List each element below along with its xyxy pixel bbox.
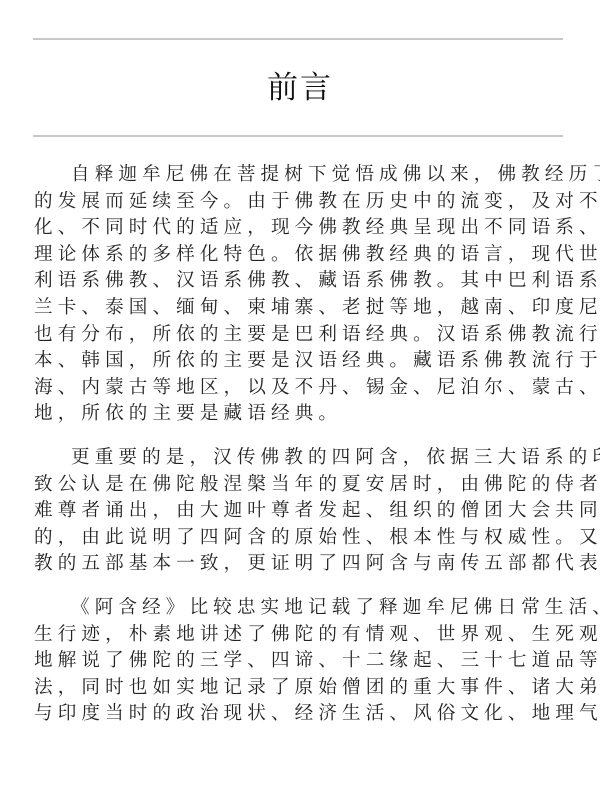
text-line: 生行迹，朴素地讲述了佛陀的有情观、世界观、生死观、解脱观，详细 (34, 622, 558, 649)
text-line: 更重要的是，汉传佛教的四阿含，依据三大语系的印度佛教史，一 (34, 445, 558, 472)
paragraph-3: 《阿含经》比较忠实地记载了释迦牟尼佛日常生活、应机说法及一 生行迹，朴素地讲述了… (34, 595, 558, 728)
text-line: 《阿含经》比较忠实地记载了释迦牟尼佛日常生活、应机说法及一 (34, 595, 558, 622)
text-line: 理论体系的多样化特色。依据佛教经典的语言，现代世界佛教可分为巴 (34, 242, 558, 269)
text-line: 致公认是在佛陀般涅槃当年的夏安居时，由佛陀的侍者、多闻第一的阿 (34, 472, 558, 499)
top-divider (33, 38, 563, 40)
text-line: 教的五部基本一致，更证明了四阿含与南传五部都代表着原始佛教。 (34, 551, 558, 578)
text-line: 地解说了佛陀的三学、四谛、十二缘起、三十七道品等修行原理与方 (34, 648, 558, 675)
text-line: 兰卡、泰国、缅甸、柬埔寨、老挝等地，越南、印度尼西亚、中国云南 (34, 295, 558, 322)
text-line: 化、不同时代的适应，现今佛教经典呈现出不同语系、不同宗派、不同 (34, 215, 558, 242)
text-line: 也有分布，所依的主要是巴利语经典。汉语系佛教流行于中国汉地、日 (34, 322, 558, 349)
text-line: 本、韩国，所依的主要是汉语经典。藏语系佛教流行于中国康藏、青 (34, 348, 558, 375)
paragraph-1: 自释迦牟尼佛在菩提树下觉悟成佛以来，佛教经历了两千五百多年 的发展而延续至今。由… (34, 162, 558, 428)
paragraph-2: 更重要的是，汉传佛教的四阿含，依据三大语系的印度佛教史，一 致公认是在佛陀般涅槃… (34, 445, 558, 578)
text-line: 的发展而延续至今。由于佛教在历史中的流变，及对不同地域、不同文 (34, 189, 558, 216)
text-line: 难尊者诵出，由大迦叶尊者发起、组织的僧团大会共同审定而结集出来 (34, 498, 558, 525)
text-line: 自释迦牟尼佛在菩提树下觉悟成佛以来，佛教经历了两千五百多年 (34, 162, 558, 189)
text-line: 地，所依的主要是藏语经典。 (34, 401, 558, 428)
text-line: 与印度当时的政治现状、经济生活、风俗文化、地理气候、各种宗教思 (34, 701, 558, 728)
text-line: 利语系佛教、汉语系佛教、藏语系佛教。其中巴利语系佛教流行于斯里 (34, 268, 558, 295)
bottom-divider (33, 135, 563, 137)
text-line: 法，同时也如实地记录了原始僧团的重大事件、诸大弟子的日常行迹， (34, 675, 558, 702)
page-title: 前言 (0, 66, 600, 110)
text-line: 海、内蒙古等地区，以及不丹、锡金、尼泊尔、蒙古、俄国西伯利亚等 (34, 375, 558, 402)
text-line: 的，由此说明了四阿含的原始性、根本性与权威性。又四阿含与南传佛 (34, 525, 558, 552)
document-body: 自释迦牟尼佛在菩提树下觉悟成佛以来，佛教经历了两千五百多年 的发展而延续至今。由… (34, 162, 558, 745)
